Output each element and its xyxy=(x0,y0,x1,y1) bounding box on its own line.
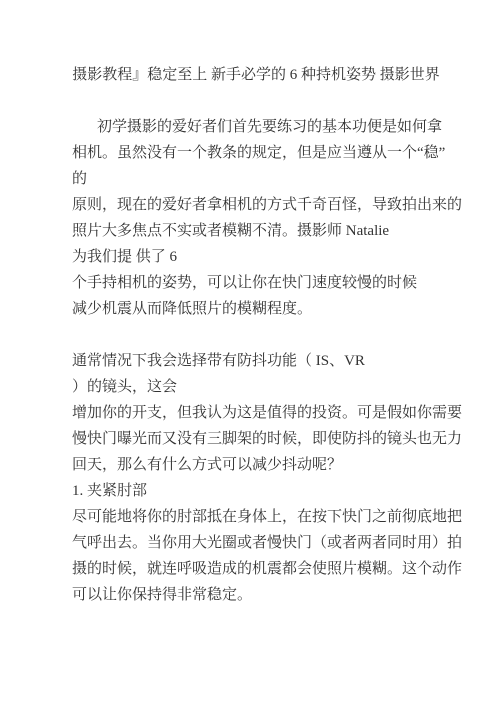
text-line: 慢快门曝光而又没有三脚架的时候，即使防抖的镜头也无力 xyxy=(72,426,470,452)
document-title: 摄影教程』稳定至上 新手必学的 6 种持机姿势 摄影世界 xyxy=(0,62,500,88)
text-line: 增加你的开支，但我认为这是值得的投资。可是假如你需要 xyxy=(72,400,470,426)
text-line: 减少机震从而降低照片的模糊程度。 xyxy=(72,296,470,322)
text-line: 1. 夹紧肘部 xyxy=(72,478,470,504)
text-line: 照片大多焦点不实或者模糊不清。摄影师 Natalie xyxy=(72,218,470,244)
text-line: ）的镜头，这会 xyxy=(72,374,470,400)
document-page: 摄影教程』稳定至上 新手必学的 6 种持机姿势 摄影世界 初学摄影的爱好者们首先… xyxy=(0,0,500,708)
text-line: 初学摄影的爱好者们首先要练习的基本功便是如何拿 xyxy=(72,114,470,140)
paragraph-stabilization-tips: 通常情况下我会选择带有防抖功能（ IS、VR）的镜头，这会增加你的开支，但我认为… xyxy=(72,348,470,608)
text-line: 可以让你保持得非常稳定。 xyxy=(72,582,470,608)
paragraph-intro: 初学摄影的爱好者们首先要练习的基本功便是如何拿相机。虽然没有一个教条的规定，但是… xyxy=(72,114,470,322)
text-line: 相机。虽然没有一个教条的规定，但是应当遵从一个“稳” xyxy=(72,140,470,166)
text-line: 原则，现在的爱好者拿相机的方式千奇百怪，导致拍出来的 xyxy=(72,192,470,218)
text-line: 摄的时候，就连呼吸造成的机震都会使照片模糊。这个动作 xyxy=(72,556,470,582)
text-line: 个手持相机的姿势，可以让你在快门速度较慢的时候 xyxy=(72,270,470,296)
text-line: 气呼出去。当你用大光圈或者慢快门（或者两者同时用）拍 xyxy=(72,530,470,556)
text-line: 尽可能地将你的肘部抵在身体上，在按下快门之前彻底地把 xyxy=(72,504,470,530)
text-line: 通常情况下我会选择带有防抖功能（ IS、VR xyxy=(72,348,470,374)
document-body: 初学摄影的爱好者们首先要练习的基本功便是如何拿相机。虽然没有一个教条的规定，但是… xyxy=(72,114,470,608)
text-line: 回天，那么有什么方式可以减少抖动呢？ xyxy=(72,452,470,478)
text-line: 的 xyxy=(72,166,470,192)
text-line: 为我们提 供了 6 xyxy=(72,244,470,270)
